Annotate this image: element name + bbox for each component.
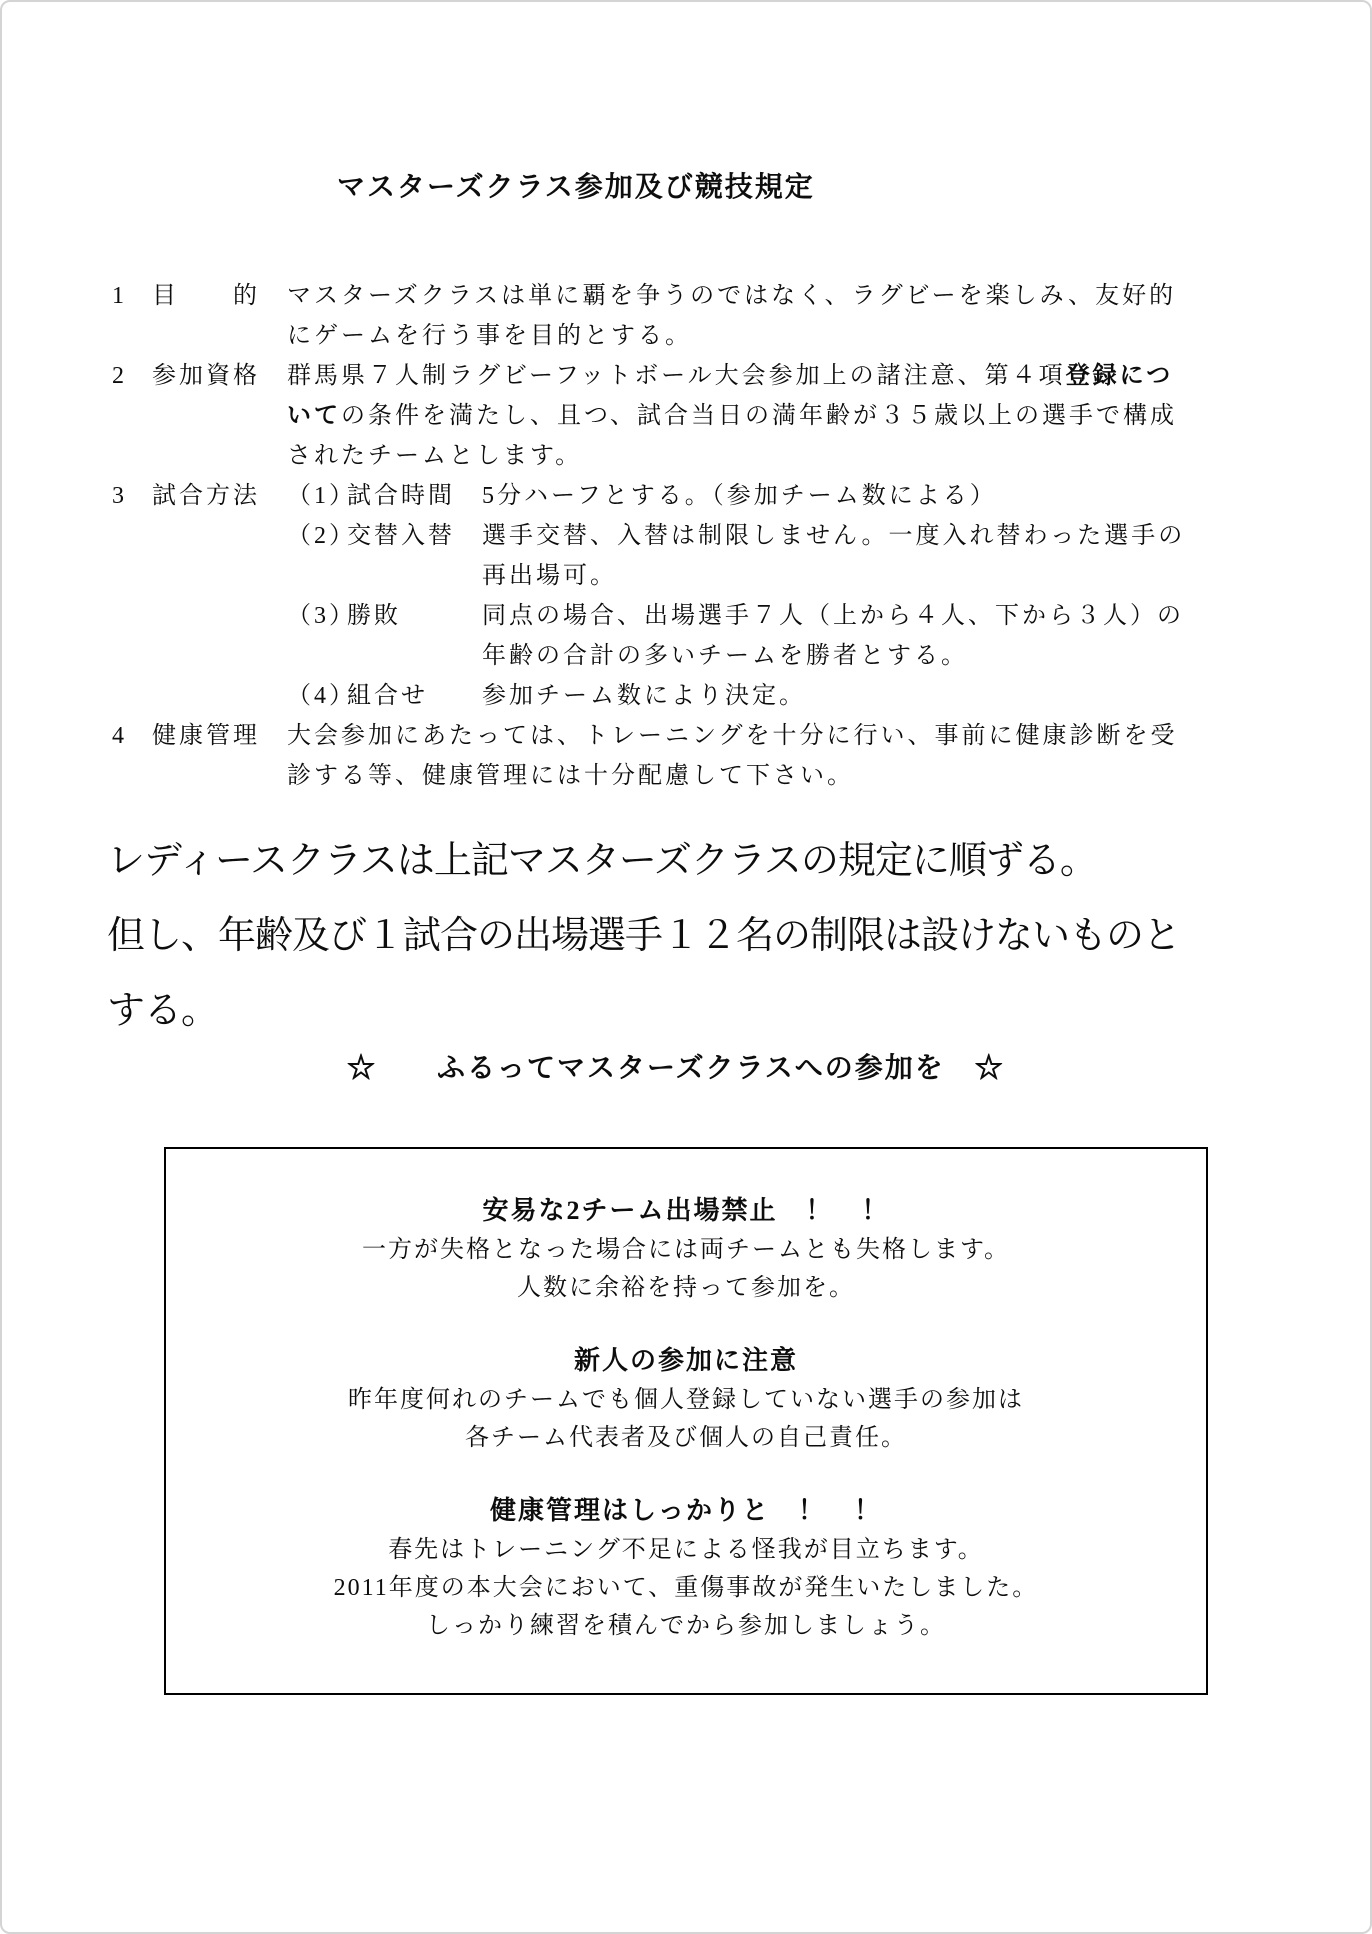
- rule-label: 参加資格: [152, 356, 287, 396]
- document-page: マスターズクラス参加及び競技規定 1 目 的 マスターズクラスは単に覇を争うので…: [0, 0, 1372, 1934]
- notice-text-line: 一方が失格となった場合には両チームとも失格します。: [166, 1231, 1206, 1269]
- notice-text-line: しっかり練習を積んでから参加しましょう。: [166, 1607, 1206, 1645]
- subrule-text-line: 再出場可。: [482, 556, 1280, 596]
- subrule-marker: （1）: [287, 476, 347, 516]
- rule-body: 群馬県７人制ラグビーフットボール大会参加上の諸注意、第４項登録につ いての条件を…: [287, 356, 1280, 476]
- rule-label: 健康管理: [152, 716, 287, 756]
- page-title: マスターズクラス参加及び競技規定: [2, 2, 1370, 206]
- subrule-marker: （4）: [287, 676, 347, 716]
- rule-item-3: 3 試合方法 （1） 試合時間 5分ハーフとする。（参加チーム数による） （2）…: [112, 476, 1280, 716]
- rule-text-line: されたチームとします。: [287, 436, 1280, 476]
- rule-item-1: 1 目 的 マスターズクラスは単に覇を争うのではなく、ラグビーを楽しみ、友好的 …: [112, 276, 1280, 356]
- rule-label: 目 的: [152, 276, 287, 316]
- rule-text-line: 診する等、健康管理には十分配慮して下さい。: [287, 756, 1280, 796]
- ladies-note-line: レディースクラスは上記マスターズクラスの規定に順ずる。: [107, 824, 1370, 899]
- subrule-text-line: 参加チーム数により決定。: [482, 676, 1280, 716]
- ladies-class-note: レディースクラスは上記マスターズクラスの規定に順ずる。 但し、年齢及び１試合の出…: [2, 824, 1370, 1049]
- rule-number: 3: [112, 476, 152, 516]
- rule-body: （1） 試合時間 5分ハーフとする。（参加チーム数による） （2） 交替入替 選…: [287, 476, 1280, 716]
- subrule-name: 試合時間: [347, 476, 482, 516]
- notice-text-line: 各チーム代表者及び個人の自己責任。: [166, 1419, 1206, 1457]
- subrule-text-line: 5分ハーフとする。（参加チーム数による）: [482, 476, 1280, 516]
- subrule-body: 選手交替、入替は制限しません。一度入れ替わった選手の 再出場可。: [482, 516, 1280, 596]
- notice-text-line: 人数に余裕を持って参加を。: [166, 1269, 1206, 1307]
- notice-text-line: 春先はトレーニング不足による怪我が目立ちます。: [166, 1531, 1206, 1569]
- rule-body: マスターズクラスは単に覇を争うのではなく、ラグビーを楽しみ、友好的 にゲームを行…: [287, 276, 1280, 356]
- ladies-note-line: する。: [107, 974, 1370, 1049]
- rule-text-line: マスターズクラスは単に覇を争うのではなく、ラグビーを楽しみ、友好的: [287, 276, 1280, 316]
- rule-body: 大会参加にあたっては、トレーニングを十分に行い、事前に健康診断を受 診する等、健…: [287, 716, 1280, 796]
- rule-number: 4: [112, 716, 152, 756]
- subrule-name: 勝敗: [347, 596, 482, 636]
- subrule-name: 交替入替: [347, 516, 482, 556]
- subrule-body: 参加チーム数により決定。: [482, 676, 1280, 716]
- subrule-body: 同点の場合、出場選手７人（上から４人、下から３人）の 年齢の合計の多いチームを勝…: [482, 596, 1280, 676]
- subrule-match-time: （1） 試合時間 5分ハーフとする。（参加チーム数による）: [287, 476, 1280, 516]
- subrule-pairing: （4） 組合せ 参加チーム数により決定。: [287, 676, 1280, 716]
- rule-item-4: 4 健康管理 大会参加にあたっては、トレーニングを十分に行い、事前に健康診断を受…: [112, 716, 1280, 796]
- subrule-body: 5分ハーフとする。（参加チーム数による）: [482, 476, 1280, 516]
- notice-group-two-teams: 安易な2チーム出場禁止 ！ ！ 一方が失格となった場合には両チームとも失格します…: [166, 1191, 1206, 1307]
- subrule-name: 組合せ: [347, 676, 482, 716]
- subrule-marker: （2）: [287, 516, 347, 556]
- subrule-substitution: （2） 交替入替 選手交替、入替は制限しません。一度入れ替わった選手の 再出場可…: [287, 516, 1280, 596]
- rule-text-line: 大会参加にあたっては、トレーニングを十分に行い、事前に健康診断を受: [287, 716, 1280, 756]
- notice-heading: 安易な2チーム出場禁止 ！ ！: [166, 1191, 1206, 1231]
- ladies-note-line: 但し、年齢及び１試合の出場選手１２名の制限は設けないものと: [107, 899, 1370, 974]
- subrule-text-line: 年齢の合計の多いチームを勝者とする。: [482, 636, 1280, 676]
- rule-text-line: にゲームを行う事を目的とする。: [287, 316, 1280, 356]
- notice-heading: 新人の参加に注意: [166, 1341, 1206, 1381]
- subrule-text-line: 同点の場合、出場選手７人（上から４人、下から３人）の: [482, 596, 1280, 636]
- rule-text-line: いての条件を満たし、且つ、試合当日の満年齢が３５歳以上の選手で構成: [287, 396, 1280, 436]
- rules-list: 1 目 的 マスターズクラスは単に覇を争うのではなく、ラグビーを楽しみ、友好的 …: [2, 276, 1370, 796]
- subrule-win-loss: （3） 勝敗 同点の場合、出場選手７人（上から４人、下から３人）の 年齢の合計の…: [287, 596, 1280, 676]
- notice-text-line: 昨年度何れのチームでも個人登録していない選手の参加は: [166, 1381, 1206, 1419]
- notice-group-newcomers: 新人の参加に注意 昨年度何れのチームでも個人登録していない選手の参加は 各チーム…: [166, 1341, 1206, 1457]
- rule-label: 試合方法: [152, 476, 287, 516]
- subrule-text-line: 選手交替、入替は制限しません。一度入れ替わった選手の: [482, 516, 1280, 556]
- rule-text-segment-bold: いて: [287, 403, 341, 429]
- notice-heading: 健康管理はしっかりと ！ ！: [166, 1491, 1206, 1531]
- subrule-marker: （3）: [287, 596, 347, 636]
- rule-item-2: 2 参加資格 群馬県７人制ラグビーフットボール大会参加上の諸注意、第４項登録につ…: [112, 356, 1280, 476]
- rule-number: 1: [112, 276, 152, 316]
- participation-call-line: ☆ ふるってマスターズクラスへの参加を ☆: [2, 1049, 1370, 1089]
- rule-text-segment-bold: 登録につ: [1066, 363, 1174, 389]
- notice-text-line: 2011年度の本大会において、重傷事故が発生いたしました。: [166, 1569, 1206, 1607]
- rule-text-segment: 群馬県７人制ラグビーフットボール大会参加上の諸注意、第４項: [287, 363, 1066, 389]
- rule-number: 2: [112, 356, 152, 396]
- rule-text-line: 群馬県７人制ラグビーフットボール大会参加上の諸注意、第４項登録につ: [287, 356, 1280, 396]
- notice-group-health: 健康管理はしっかりと ！ ！ 春先はトレーニング不足による怪我が目立ちます。 2…: [166, 1491, 1206, 1645]
- rule-text-segment: の条件を満たし、且つ、試合当日の満年齢が３５歳以上の選手で構成: [341, 403, 1177, 429]
- notice-box: 安易な2チーム出場禁止 ！ ！ 一方が失格となった場合には両チームとも失格します…: [164, 1147, 1208, 1695]
